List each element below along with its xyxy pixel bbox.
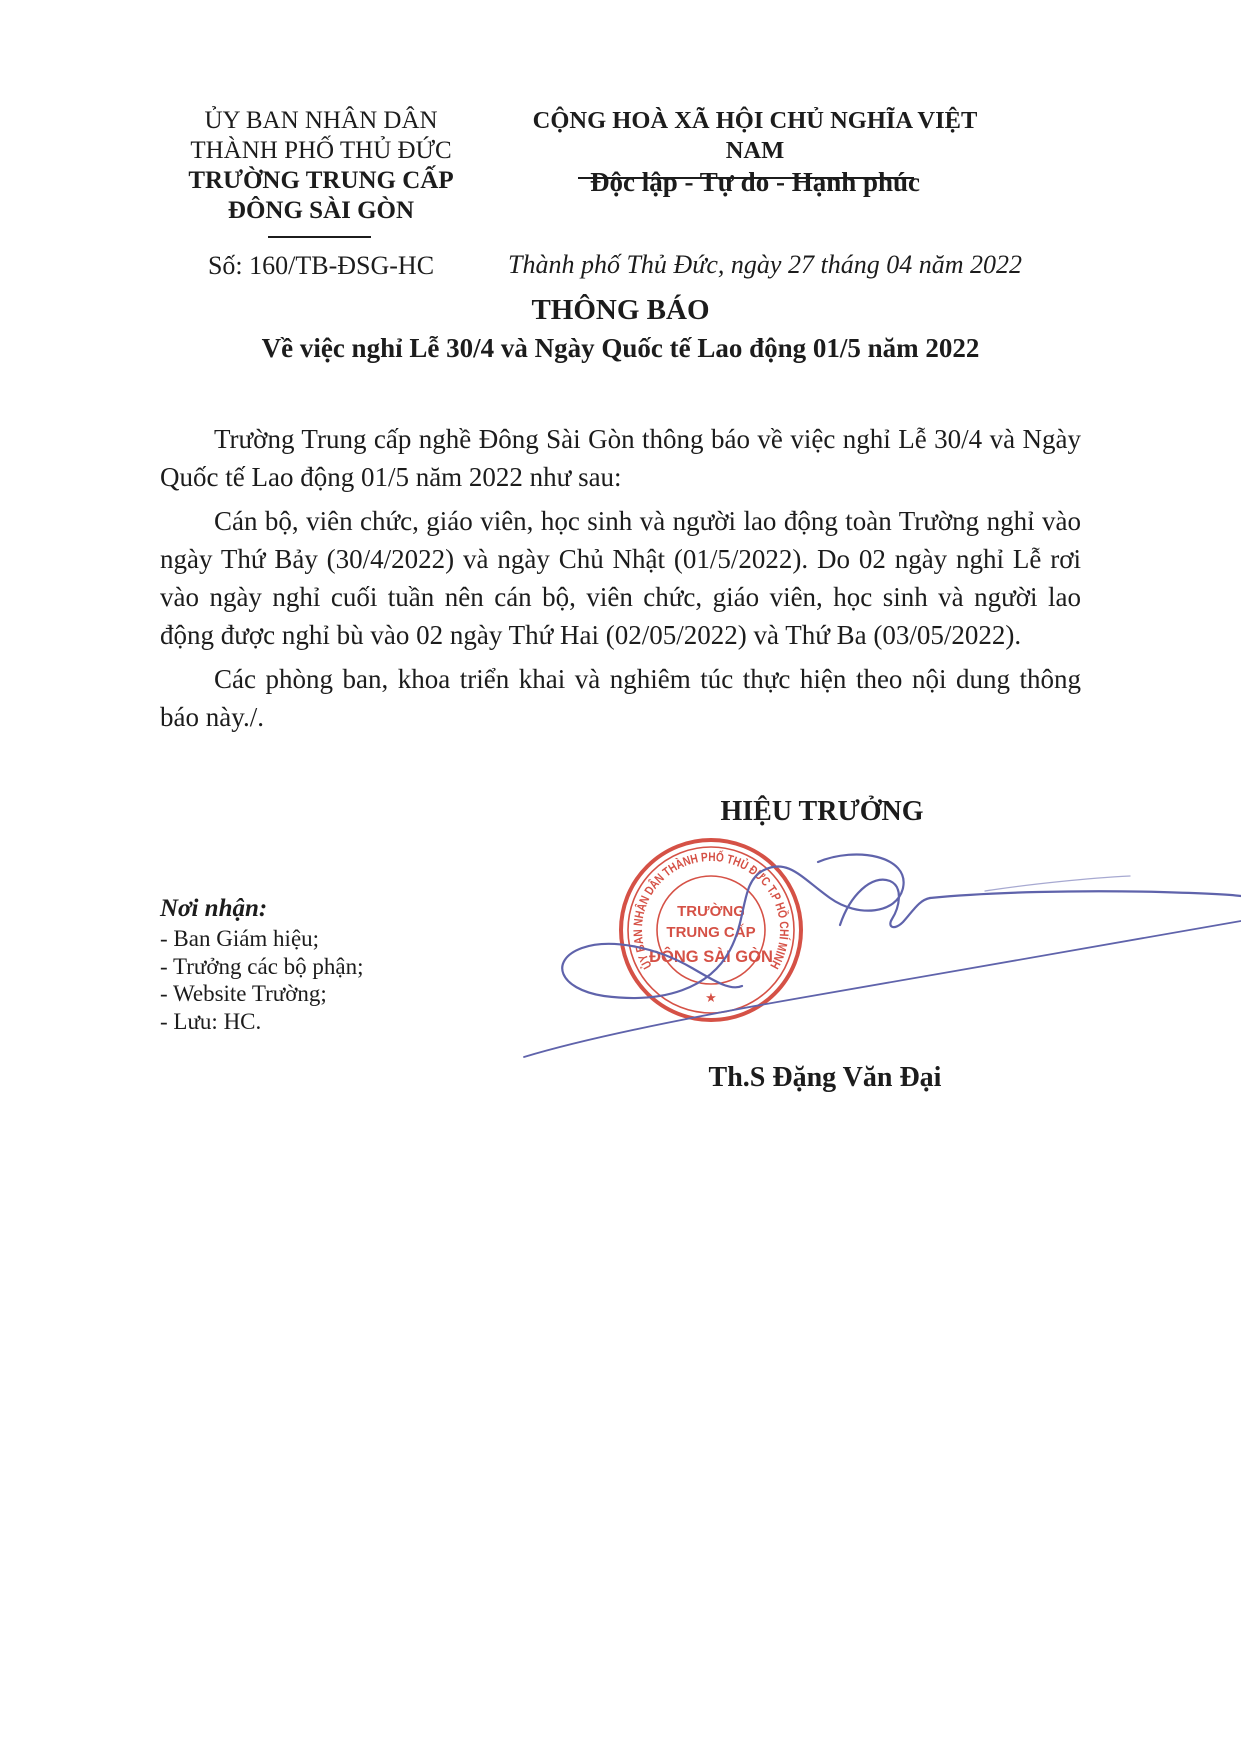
motto-underline xyxy=(578,177,914,179)
signer-role-title: HIỆU TRƯỞNG xyxy=(657,796,987,828)
signature-stroke-faint xyxy=(985,876,1130,891)
recipient-item: - Website Trường; xyxy=(160,980,490,1008)
stamp-center-line-3: ĐÔNG SÀI GÒN xyxy=(649,947,773,966)
stamp-center-line-2: TRUNG CẤP xyxy=(666,924,755,941)
signature-stroke-letters xyxy=(840,880,930,927)
national-motto-line-2: Độc lập - Tự do - Hạnh phúc xyxy=(505,166,1005,199)
document-subtitle: Về việc nghỉ Lễ 30/4 và Ngày Quốc tế Lao… xyxy=(160,330,1081,366)
stamp-center-line-1: TRƯỜNG xyxy=(677,902,745,920)
authority-line-2: THÀNH PHỐ THỦ ĐỨC xyxy=(165,136,477,166)
document-page: ỦY BAN NHÂN DÂN THÀNH PHỐ THỦ ĐỨC TRƯỜNG… xyxy=(0,0,1241,1755)
recipient-item: - Ban Giám hiệu; xyxy=(160,925,490,953)
body-paragraph-2: Cán bộ, viên chức, giáo viên, học sinh v… xyxy=(160,502,1081,654)
official-stamp: ỦY BAN NHÂN DÂN THÀNH PHỐ THỦ ĐỨC T.P HỒ… xyxy=(615,834,807,1026)
place-and-date: Thành phố Thủ Đức, ngày 27 tháng 04 năm … xyxy=(505,250,1025,280)
recipient-item: - Trưởng các bộ phận; xyxy=(160,953,490,981)
national-motto-line-1: CỘNG HOÀ XÃ HỘI CHỦ NGHĨA VIỆT NAM xyxy=(505,106,1005,166)
stamp-star-icon: ★ xyxy=(705,990,717,1005)
signature-stroke-tail xyxy=(930,891,1241,898)
document-number: Số: 160/TB-ĐSG-HC xyxy=(165,251,477,281)
national-header-block: CỘNG HOÀ XÃ HỘI CHỦ NGHĨA VIỆT NAM Độc l… xyxy=(505,106,1005,199)
left-header-underline xyxy=(268,236,371,238)
issuing-authority-block: ỦY BAN NHÂN DÂN THÀNH PHỐ THỦ ĐỨC TRƯỜNG… xyxy=(165,106,477,226)
document-body: Trường Trung cấp nghề Đông Sài Gòn thông… xyxy=(160,420,1081,742)
document-title: THÔNG BÁO xyxy=(160,292,1081,328)
authority-line-1: ỦY BAN NHÂN DÂN xyxy=(165,106,477,136)
school-name-line-1: TRƯỜNG TRUNG CẤP xyxy=(165,166,477,196)
recipients-block: Nơi nhận: - Ban Giám hiệu; - Trưởng các … xyxy=(160,893,490,1035)
school-name-line-2: ĐÔNG SÀI GÒN xyxy=(165,196,477,226)
recipients-label: Nơi nhận: xyxy=(160,893,490,925)
recipient-item: - Lưu: HC. xyxy=(160,1008,490,1036)
body-paragraph-3: Các phòng ban, khoa triển khai và nghiêm… xyxy=(160,660,1081,736)
signer-name: Th.S Đặng Văn Đại xyxy=(655,1062,995,1094)
body-paragraph-1: Trường Trung cấp nghề Đông Sài Gòn thông… xyxy=(160,420,1081,496)
